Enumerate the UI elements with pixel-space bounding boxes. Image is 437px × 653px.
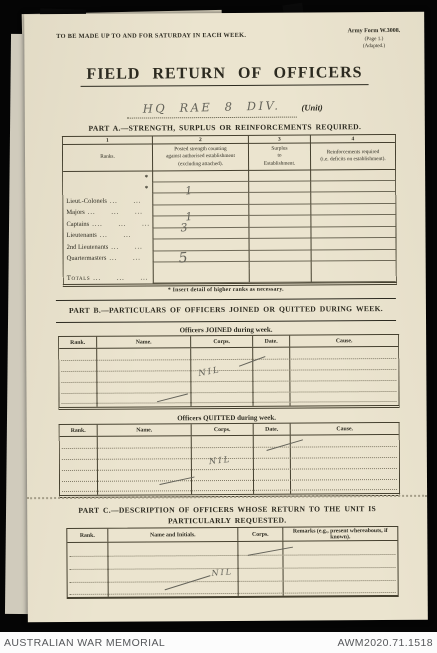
form-number-block: Army Form W.3008. (Page 1.) (Adapted.) [348, 28, 401, 50]
unit-line: HQ RAE 8 DIV.(Unit) [25, 97, 425, 119]
pen-stroke [165, 575, 211, 591]
archive-name: AUSTRALIAN WAR MEMORIAL [4, 637, 165, 649]
part-a-table: 1 2 3 4 Ranks. Posted strength counting … [62, 134, 397, 287]
table-body: NIL [60, 435, 399, 495]
unit-label: (Unit) [301, 102, 322, 112]
page-title: FIELD RETURN OF OFFICERS [80, 64, 368, 87]
handwritten-nil: NIL [198, 365, 222, 379]
totals-row: Totals... ... ... [64, 268, 396, 284]
handwritten-value: 3 [180, 221, 188, 234]
handwritten-value: 1 [185, 184, 193, 197]
handwritten-nil: NIL [208, 455, 231, 467]
officers-quitted-table: Rank. Name. Corps. Date. Cause. NIL [59, 422, 400, 498]
handwritten-total: 5 [178, 250, 188, 267]
pen-stroke [266, 439, 303, 451]
column-header-row: Ranks. Posted strength counting against … [63, 143, 395, 172]
dot-leaders: ... ... [111, 243, 143, 250]
asterisk-marker: * [145, 184, 149, 192]
handwritten-nil: NIL [211, 567, 233, 578]
dot-leaders: ... ... [109, 255, 141, 262]
officers-joined-table: Rank. Name. Corps. Date. Cause. NIL [58, 334, 399, 410]
part-c-heading: PART C.—DESCRIPTION OF OFFICERS WHOSE RE… [69, 503, 385, 527]
table-body: NIL [67, 541, 397, 597]
part-c-table: Rank. Name and Initials. Corps. Remarks … [66, 526, 398, 599]
archive-scan-viewer: TO BE MADE UP TO AND FOR SATURDAY IN EAC… [0, 0, 437, 653]
part-b-heading: PART B.—PARTICULARS OF OFFICERS JOINED O… [26, 304, 426, 315]
divider-rule [56, 320, 396, 323]
dot-leaders: .... ... ... [92, 220, 150, 227]
archive-id: AWM2020.71.1518 [337, 637, 433, 649]
dot-leaders: ... ... ... [88, 209, 143, 216]
dot-leaders: ... ... [100, 232, 132, 239]
archive-caption-band: AUSTRALIAN WAR MEMORIAL AWM2020.71.1518 [0, 632, 437, 653]
form-number: Army Form W.3008. [348, 28, 401, 34]
part-a-heading: PART A.—STRENGTH, SURPLUS OR REINFORCEME… [25, 122, 425, 133]
form-page: TO BE MADE UP TO AND FOR SATURDAY IN EAC… [24, 12, 428, 622]
dot-leaders: ... ... ... [93, 274, 148, 281]
table-body: NIL [59, 347, 398, 407]
handwritten-unit: HQ RAE 8 DIV. [143, 98, 281, 115]
asterisk-marker: * [145, 173, 149, 181]
dot-leaders: ... ... [110, 197, 142, 204]
divider-rule [56, 298, 396, 301]
part-a-footnote: * Insert detail of higher ranks as neces… [26, 286, 426, 294]
form-adapted-note: (Adapted.) [348, 42, 401, 49]
form-instruction: TO BE MADE UP TO AND FOR SATURDAY IN EAC… [56, 32, 246, 40]
